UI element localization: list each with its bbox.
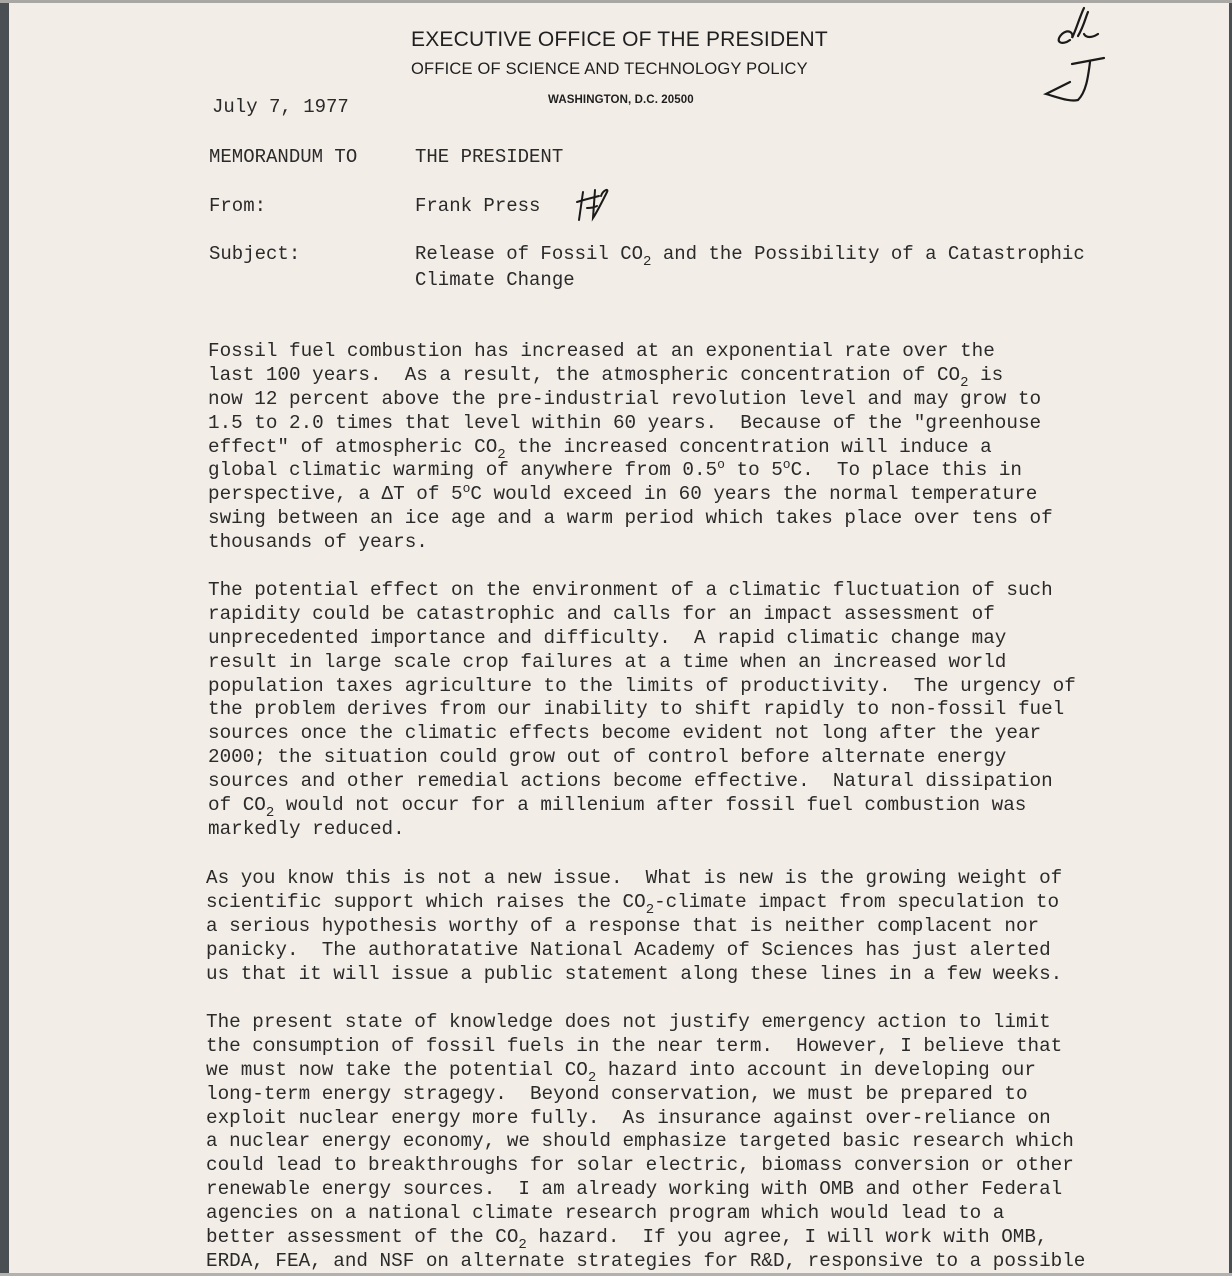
subject-text: and the Possibility of a Catastrophic xyxy=(651,243,1084,265)
subject-subscript: 2 xyxy=(643,254,651,270)
handwritten-initials-icon xyxy=(1040,3,1120,112)
memo-subject-label: Subject: xyxy=(209,243,300,267)
text-line: better assessment of the CO2 hazard. If … xyxy=(206,1226,1146,1250)
memo-to-value: THE PRESIDENT xyxy=(415,146,563,170)
text-line: global climatic warming of anywhere from… xyxy=(208,459,1148,483)
text-line: agencies on a national climate research … xyxy=(206,1202,1146,1226)
text-line: now 12 percent above the pre-industrial … xyxy=(208,388,1148,412)
text-line: unprecedented importance and difficulty.… xyxy=(208,627,1148,651)
text-line: swing between an ice age and a warm peri… xyxy=(208,507,1148,531)
text-line: effect" of atmospheric CO2 the increased… xyxy=(208,436,1148,460)
text-line: As you know this is not a new issue. Wha… xyxy=(206,867,1146,891)
text-line: sources once the climatic effects become… xyxy=(208,722,1148,746)
memo-from-label: From: xyxy=(209,195,266,219)
memo-to-label: MEMORANDUM TO xyxy=(209,146,357,170)
letterhead-title: EXECUTIVE OFFICE OF THE PRESIDENT xyxy=(411,28,828,52)
text-line: result in large scale crop failures at a… xyxy=(208,651,1148,675)
paragraph-3: As you know this is not a new issue. Wha… xyxy=(206,867,1146,986)
text-line: renewable energy sources. I am already w… xyxy=(206,1178,1146,1202)
text-line: exploit nuclear energy more fully. As in… xyxy=(206,1107,1146,1131)
text-line: long-term energy stragegy. Beyond conser… xyxy=(206,1083,1146,1107)
text-line: ERDA, FEA, and NSF on alternate strategi… xyxy=(206,1250,1146,1273)
memo-from-value: Frank Press xyxy=(415,195,540,219)
text-line: last 100 years. As a result, the atmosph… xyxy=(208,364,1148,388)
memo-subject-value: Release of Fossil CO2 and the Possibilit… xyxy=(415,243,1085,293)
text-line: sources and other remedial actions becom… xyxy=(208,770,1148,794)
text-line: 1.5 to 2.0 times that level within 60 ye… xyxy=(208,412,1148,436)
text-line: panicky. The authoratative National Acad… xyxy=(206,939,1146,963)
text-line: 2000; the situation could grow out of co… xyxy=(208,746,1148,770)
text-line: of CO2 would not occur for a millenium a… xyxy=(208,794,1148,818)
text-line: could lead to breakthroughs for solar el… xyxy=(206,1154,1146,1178)
paragraph-4: The present state of knowledge does not … xyxy=(206,1011,1146,1273)
text-line: us that it will issue a public statement… xyxy=(206,963,1146,987)
letterhead-office: OFFICE OF SCIENCE AND TECHNOLOGY POLICY xyxy=(411,60,808,79)
text-line: the consumption of fossil fuels in the n… xyxy=(206,1035,1146,1059)
subject-text-line2: Climate Change xyxy=(415,269,575,291)
text-line: The present state of knowledge does not … xyxy=(206,1011,1146,1035)
text-line: perspective, a ΔT of 5oC would exceed in… xyxy=(208,483,1148,507)
text-line: thousands of years. xyxy=(208,531,1148,555)
text-line: we must now take the potential CO2 hazar… xyxy=(206,1059,1146,1083)
text-line: a serious hypothesis worthy of a respons… xyxy=(206,915,1146,939)
paragraph-1: Fossil fuel combustion has increased at … xyxy=(208,340,1148,555)
text-line: a nuclear energy economy, we should emph… xyxy=(206,1130,1146,1154)
text-line: the problem derives from our inability t… xyxy=(208,698,1148,722)
text-line: The potential effect on the environment … xyxy=(208,579,1148,603)
text-line: scientific support which raises the CO2-… xyxy=(206,891,1146,915)
letterhead-address: WASHINGTON, D.C. 20500 xyxy=(548,94,694,106)
text-line: population taxes agriculture to the limi… xyxy=(208,675,1148,699)
text-line: Fossil fuel combustion has increased at … xyxy=(208,340,1148,364)
text-line: rapidity could be catastrophic and calls… xyxy=(208,603,1148,627)
document-viewer: EXECUTIVE OFFICE OF THE PRESIDENT OFFICE… xyxy=(0,0,1232,1276)
memo-date: July 7, 1977 xyxy=(212,96,349,120)
subject-text: Release of Fossil CO xyxy=(415,243,643,265)
paragraph-2: The potential effect on the environment … xyxy=(208,579,1148,842)
text-line: markedly reduced. xyxy=(208,818,1148,842)
memo-page: EXECUTIVE OFFICE OF THE PRESIDENT OFFICE… xyxy=(9,3,1229,1273)
signature-initials-icon xyxy=(573,186,613,226)
